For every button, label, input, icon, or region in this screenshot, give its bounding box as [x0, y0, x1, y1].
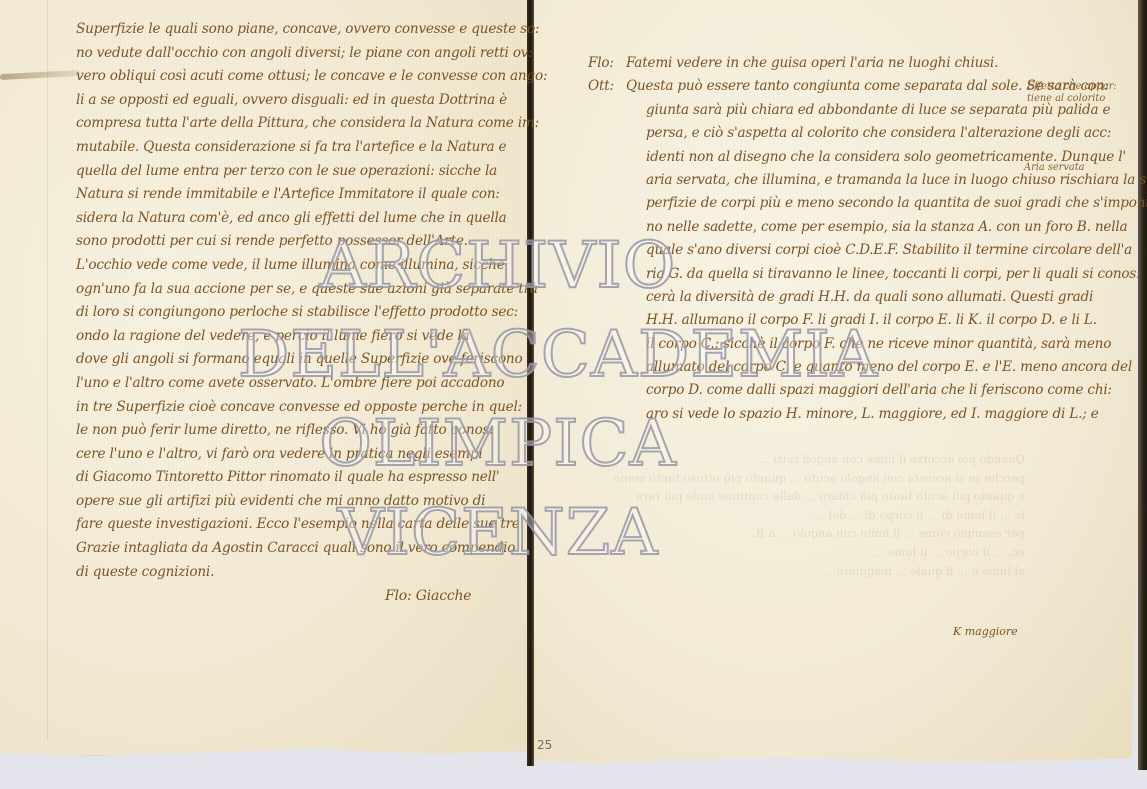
text-line: le non può ferir lume diretto, ne rifles… — [76, 419, 516, 443]
text-line: aro si vede lo spazio H. minore, L. magg… — [588, 403, 1028, 426]
text-line: Superfizie le quali sono piane, concave,… — [76, 18, 516, 42]
text-line: in tre Superfizie cioè concave convesse … — [76, 396, 516, 420]
text-line: di loro si congiungono perloche si stabi… — [76, 301, 516, 325]
text-line: vero obliqui così acuti come ottusi; le … — [76, 65, 516, 89]
text-line: H.H. allumano il corpo F. li gradi I. il… — [588, 309, 1028, 332]
text-line: mutabile. Questa considerazione si fa tr… — [76, 136, 516, 160]
text-line: cere l'uno e l'altro, vi farò ora vedere… — [76, 443, 516, 467]
text-line: opere sue gli artifizi più evidenti che … — [76, 490, 516, 514]
text-line: di Giacomo Tintoretto Pittor rinomato il… — [76, 466, 516, 490]
text-line: ogn'uno fa la sua accione per se, e ques… — [76, 278, 516, 302]
ink-stain — [0, 70, 80, 80]
dialogue-line: Ott: Questa può essere tanto congiunta c… — [588, 75, 1028, 98]
text-line: no vedute dall'occhio con angoli diversi… — [76, 42, 516, 66]
text-line: quale s'ano diversi corpi cioè C.D.E.F. … — [588, 239, 1028, 262]
speaker-label: Flo: — [588, 52, 618, 75]
page-margin-rule — [47, 0, 48, 740]
text-line: corpo D. come dalli spazi maggiori dell'… — [588, 379, 1028, 402]
page-edge-shadow — [1138, 0, 1147, 770]
manuscript-scan: Quando poi accorre il lume con angoli re… — [0, 0, 1147, 789]
text-line: ria G. da quella si tiravanno le linee, … — [588, 263, 1028, 286]
bottom-note: K maggiore — [953, 626, 1018, 638]
dialogue-line: Flo: Fatemi vedere in che guisa operi l'… — [588, 52, 1028, 75]
right-page-text: Flo: Fatemi vedere in che guisa operi l'… — [588, 52, 1028, 426]
text-line: fare queste investigazioni. Ecco l'esemp… — [76, 513, 516, 537]
speaker-label: Ott: — [588, 75, 618, 98]
left-page-text: Superfizie le quali sono piane, concave,… — [76, 18, 516, 584]
text-line: Grazie intagliata da Agostin Caracci qua… — [76, 537, 516, 561]
text-line: Natura si rende immitabile e l'Artefice … — [76, 183, 516, 207]
signature-catchword: Flo: Giacche — [385, 588, 471, 604]
text-line: dove gli angoli si formano equali in que… — [76, 348, 516, 372]
text-line: sono prodotti per cui si rende perfetto … — [76, 230, 516, 254]
text-line: no nelle sadette, come per esempio, sia … — [588, 216, 1028, 239]
text-line: aria servata, che illumina, e tramanda l… — [588, 169, 1028, 192]
folio-number: 25 — [537, 738, 552, 752]
bleed-through-text: Quando poi accorre il lume con angoli re… — [645, 450, 1025, 580]
text-line: cerà la diversità de gradi H.H. da quali… — [588, 286, 1028, 309]
text-line: li a se opposti ed eguali, ovvero disgua… — [76, 89, 516, 113]
text-line: L'occhio vede come vede, il lume illumin… — [76, 254, 516, 278]
text-line: persa, e ciò s'aspetta al colorito che c… — [588, 122, 1028, 145]
text-line: sidera la Natura com'è, ed anco gli effe… — [76, 207, 516, 231]
text-line: perfizie de corpi più e meno secondo la … — [588, 192, 1028, 215]
text-line: l'uno e l'altro come avete osservato. L'… — [76, 372, 516, 396]
text-line: ondo la ragione del vedere, e percio il … — [76, 325, 516, 349]
text-line: di queste cognizioni. — [76, 561, 516, 585]
text-line: giunta sarà più chiara ed abbondante di … — [588, 99, 1028, 122]
margin-note: Aria servata — [1024, 162, 1085, 174]
text-line: identi non al disegno che la considera s… — [588, 146, 1028, 169]
text-line: quella del lume entra per terzo con le s… — [76, 160, 516, 184]
text-line: compresa tutta l'arte della Pittura, che… — [76, 112, 516, 136]
text-line: allumato del corpo C. e quanto meno del … — [588, 356, 1028, 379]
margin-note: Effetto che appar: tiene al colorito — [1027, 81, 1117, 105]
text-line: il corpo C.; sicchè il corpo F. che ne r… — [588, 333, 1028, 356]
